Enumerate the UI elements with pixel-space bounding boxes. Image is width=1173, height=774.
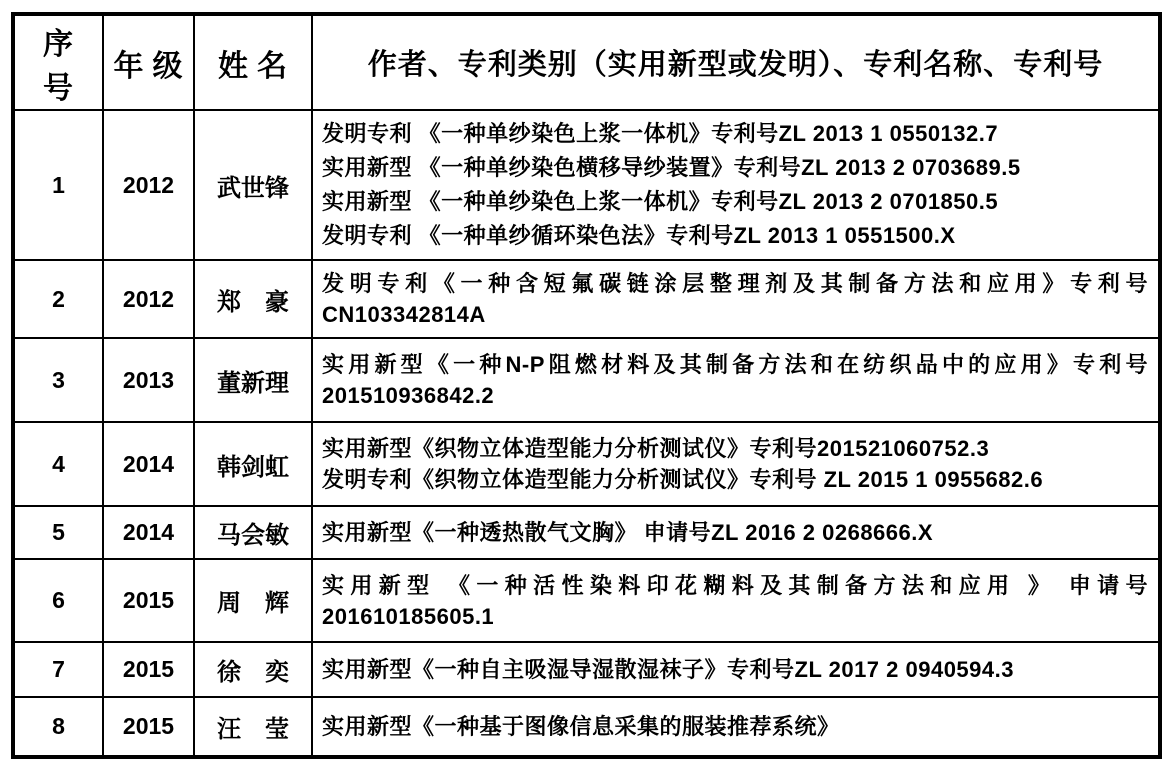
serial-cell: 1 [13, 110, 103, 260]
patent-line: 发明专利 《一种单纱循环染色法》专利号ZL 2013 1 0551500.X [322, 219, 1148, 253]
serial-cell: 2 [13, 260, 103, 338]
table-header: 序号 年级 姓名 作者、专利类别（实用新型或发明）、专利名称、专利号 [13, 14, 1160, 110]
patent-line: 发明专利《一种含短氟碳链涂层整理剂及其制备方法和应用》专利号 [322, 268, 1148, 299]
patent-line: 实用新型 《一种活性染料印花糊料及其制备方法和应用 》 申请号 [322, 570, 1148, 601]
patent-line: 实用新型 《一种单纱染色横移导纱装置》专利号ZL 2013 2 0703689.… [322, 151, 1148, 185]
name-cell: 武世锋 [194, 110, 312, 260]
year-cell: 2015 [103, 559, 194, 642]
patents-cell: 实用新型《一种基于图像信息采集的服装推荐系统》 [312, 697, 1160, 757]
year-cell: 2014 [103, 506, 194, 559]
table-row: 22012郑 豪发明专利《一种含短氟碳链涂层整理剂及其制备方法和应用》专利号CN… [13, 260, 1160, 338]
serial-cell: 6 [13, 559, 103, 642]
patent-line: 实用新型《一种N-P阻燃材料及其制备方法和在纺织品中的应用》专利号 [322, 349, 1148, 380]
patent-line: 实用新型 《一种单纱染色上浆一体机》专利号ZL 2013 2 0701850.5 [322, 185, 1148, 219]
patent-line: 实用新型《一种基于图像信息采集的服装推荐系统》 [322, 711, 1148, 742]
header-name: 姓名 [194, 14, 312, 110]
table-row: 32013董新理实用新型《一种N-P阻燃材料及其制备方法和在纺织品中的应用》专利… [13, 338, 1160, 422]
patents-cell: 实用新型 《一种活性染料印花糊料及其制备方法和应用 》 申请号201610185… [312, 559, 1160, 642]
name-cell: 汪 莹 [194, 697, 312, 757]
name-cell: 马会敏 [194, 506, 312, 559]
serial-cell: 5 [13, 506, 103, 559]
table-body: 12012武世锋发明专利 《一种单纱染色上浆一体机》专利号ZL 2013 1 0… [13, 110, 1160, 757]
name-cell: 韩剑虹 [194, 422, 312, 506]
name-cell: 徐 奕 [194, 642, 312, 697]
serial-cell: 3 [13, 338, 103, 422]
serial-cell: 4 [13, 422, 103, 506]
patent-line: 发明专利 《一种单纱染色上浆一体机》专利号ZL 2013 1 0550132.7 [322, 117, 1148, 151]
patent-line: 201510936842.2 [322, 380, 1148, 411]
patent-line: CN103342814A [322, 299, 1148, 330]
table-row: 52014马会敏实用新型《一种透热散气文胸》 申请号ZL 2016 2 0268… [13, 506, 1160, 559]
patents-cell: 实用新型《一种自主吸湿导湿散湿袜子》专利号ZL 2017 2 0940594.3 [312, 642, 1160, 697]
patents-cell: 发明专利 《一种单纱染色上浆一体机》专利号ZL 2013 1 0550132.7… [312, 110, 1160, 260]
table-row: 42014韩剑虹实用新型《织物立体造型能力分析测试仪》专利号2015210607… [13, 422, 1160, 506]
year-cell: 2015 [103, 697, 194, 757]
year-cell: 2015 [103, 642, 194, 697]
table-row: 12012武世锋发明专利 《一种单纱染色上浆一体机》专利号ZL 2013 1 0… [13, 110, 1160, 260]
header-row: 序号 年级 姓名 作者、专利类别（实用新型或发明）、专利名称、专利号 [13, 14, 1160, 110]
year-cell: 2013 [103, 338, 194, 422]
header-serial: 序号 [13, 14, 103, 110]
patent-table: 序号 年级 姓名 作者、专利类别（实用新型或发明）、专利名称、专利号 12012… [11, 12, 1162, 759]
patents-cell: 实用新型《一种透热散气文胸》 申请号ZL 2016 2 0268666.X [312, 506, 1160, 559]
name-cell: 周 辉 [194, 559, 312, 642]
patents-cell: 实用新型《织物立体造型能力分析测试仪》专利号201521060752.3发明专利… [312, 422, 1160, 506]
year-cell: 2014 [103, 422, 194, 506]
patent-line: 实用新型《一种透热散气文胸》 申请号ZL 2016 2 0268666.X [322, 517, 1148, 548]
patent-line: 实用新型《一种自主吸湿导湿散湿袜子》专利号ZL 2017 2 0940594.3 [322, 654, 1148, 685]
table-row: 82015汪 莹实用新型《一种基于图像信息采集的服装推荐系统》 [13, 697, 1160, 757]
year-cell: 2012 [103, 110, 194, 260]
serial-cell: 8 [13, 697, 103, 757]
patent-line: 实用新型《织物立体造型能力分析测试仪》专利号201521060752.3 [322, 433, 1148, 464]
serial-cell: 7 [13, 642, 103, 697]
name-cell: 郑 豪 [194, 260, 312, 338]
name-cell: 董新理 [194, 338, 312, 422]
patents-cell: 实用新型《一种N-P阻燃材料及其制备方法和在纺织品中的应用》专利号2015109… [312, 338, 1160, 422]
header-year: 年级 [103, 14, 194, 110]
patents-cell: 发明专利《一种含短氟碳链涂层整理剂及其制备方法和应用》专利号CN10334281… [312, 260, 1160, 338]
year-cell: 2012 [103, 260, 194, 338]
patent-line: 发明专利《织物立体造型能力分析测试仪》专利号 ZL 2015 1 0955682… [322, 464, 1148, 495]
header-patents: 作者、专利类别（实用新型或发明）、专利名称、专利号 [312, 14, 1160, 110]
table-row: 62015周 辉实用新型 《一种活性染料印花糊料及其制备方法和应用 》 申请号2… [13, 559, 1160, 642]
document-page: 序号 年级 姓名 作者、专利类别（实用新型或发明）、专利名称、专利号 12012… [0, 0, 1173, 774]
patent-line: 201610185605.1 [322, 601, 1148, 632]
table-row: 72015徐 奕实用新型《一种自主吸湿导湿散湿袜子》专利号ZL 2017 2 0… [13, 642, 1160, 697]
